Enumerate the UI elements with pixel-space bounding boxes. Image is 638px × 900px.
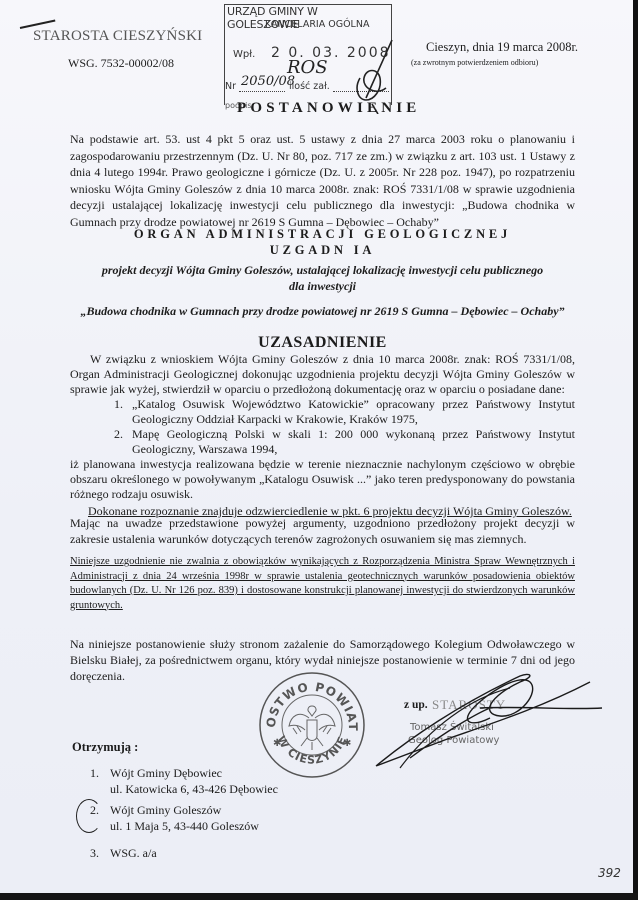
recipient-number: 3. xyxy=(90,846,110,862)
sources-list: „Katalog Osuwisk Województwo Katowickie”… xyxy=(70,397,575,457)
recipient-item: 3.WSG. a/a xyxy=(90,846,157,862)
project-line-2: dla inwestycji xyxy=(70,279,575,295)
project-line-1: projekt decyzji Wójta Gminy Goleszów, us… xyxy=(70,263,575,279)
justification-para-2: iż planowana inwestycja realizowana będz… xyxy=(70,457,575,502)
stamp-received-label: Wpł. xyxy=(233,49,255,60)
recipient-number: 1. xyxy=(90,766,110,782)
organ-line-2: UZGADN IA xyxy=(70,242,575,258)
recipient-item: 2.Wójt Gminy Goleszów ul. 1 Maja 5, 43-4… xyxy=(90,803,259,834)
stamp-dotted-line xyxy=(239,91,285,92)
project-description: projekt decyzji Wójta Gminy Goleszów, us… xyxy=(70,263,575,294)
handwritten-signature-icon xyxy=(370,668,610,788)
recipients-heading: Otrzymują : xyxy=(72,740,138,755)
source-item: „Katalog Osuwisk Województwo Katowickie”… xyxy=(126,397,575,427)
recipient-item: 1.Wójt Gminy Dębowiec ul. Katowicka 6, 4… xyxy=(90,766,278,797)
legal-notice-paragraph: Niniejsze uzgodnienie nie zwalnia z obow… xyxy=(70,555,575,613)
investment-name: „Budowa chodnika w Gumnach przy drodze p… xyxy=(70,304,575,319)
page-number: 392 xyxy=(598,866,621,880)
seal-bottom-text: W CIESZYNIE xyxy=(274,734,349,767)
source-item: Mapę Geologiczną Polski w skali 1: 200 0… xyxy=(126,427,575,457)
document-title: POSTANOWIENIE xyxy=(237,100,421,117)
svg-text:STAROSTWO POWIATOWE: STAROSTWO POWIATOWE xyxy=(257,670,360,732)
organ-heading: ORGAN ADMINISTRACJI GEOLOGICZNEJ UZGADN … xyxy=(70,226,575,258)
stamp-department: KANCELARIA OGÓLNA xyxy=(265,19,369,30)
eagle-seal-icon: STAROSTWO POWIATOWE W CIESZYNIE ✱ ✱ xyxy=(257,670,367,780)
seal-top-text: STAROSTWO POWIATOWE xyxy=(257,670,360,732)
document-page: STAROSTA CIESZYŃSKI WSG. 7532-00002/08 U… xyxy=(0,0,633,893)
justification-heading: UZASADNIENIE xyxy=(70,334,575,352)
scan-edge-right xyxy=(633,0,638,900)
recipient-address: ul. 1 Maja 5, 43-440 Goleszów xyxy=(90,819,259,835)
recipient-address: ul. Katowicka 6, 43-426 Dębowiec xyxy=(90,782,278,798)
organ-line-1: ORGAN ADMINISTRACJI GEOLOGICZNEJ xyxy=(70,226,575,242)
svg-text:W CIESZYNIE: W CIESZYNIE xyxy=(274,734,349,767)
svg-text:✱: ✱ xyxy=(273,738,281,749)
justification-para-1: W związku z wnioskiem Wójta Gminy Golesz… xyxy=(70,352,575,397)
justification-body: W związku z wnioskiem Wójta Gminy Golesz… xyxy=(70,352,575,519)
stamp-attachments-label: ilość zał. xyxy=(289,81,330,92)
city-date: Cieszyn, dnia 19 marca 2008r. xyxy=(426,40,578,55)
scan-edge-bottom xyxy=(0,893,638,900)
intro-paragraph: Na podstawie art. 53. ust 4 pkt 5 oraz u… xyxy=(70,131,575,231)
recipient-name: Wójt Gminy Goleszów xyxy=(110,803,221,817)
issuing-office: STAROSTA CIESZYŃSKI xyxy=(33,28,202,45)
svg-text:✱: ✱ xyxy=(343,738,351,749)
stamp-nr-label: Nr xyxy=(225,81,236,92)
stamp-nr-value: 2050/08 xyxy=(241,74,295,89)
recipient-name: Wójt Gminy Dębowiec xyxy=(110,766,222,780)
delivery-note: (za zwrotnym potwierdzeniem odbioru) xyxy=(411,58,538,67)
reference-number: WSG. 7532-00002/08 xyxy=(68,56,174,71)
conclusion-paragraph: Mając na uwadze przedstawione powyżej ar… xyxy=(70,515,575,547)
recipient-number: 2. xyxy=(90,803,110,819)
recipient-name: WSG. a/a xyxy=(110,846,157,860)
